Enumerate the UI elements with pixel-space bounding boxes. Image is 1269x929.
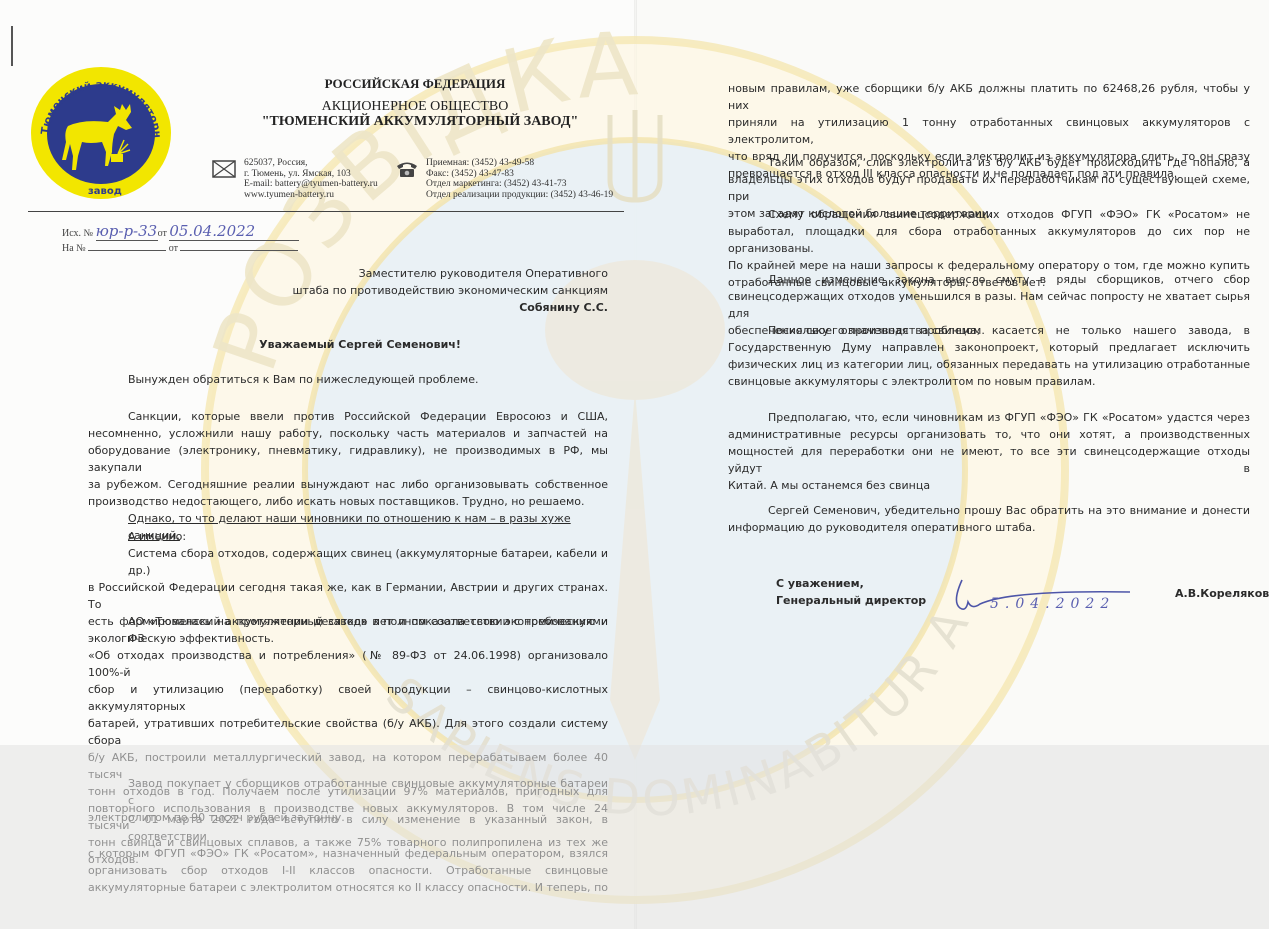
signature-date: 5.04.2022 [990, 596, 1115, 612]
envelope-icon [212, 160, 236, 178]
letterhead-divider [28, 211, 624, 212]
incoming-reference: На № от [62, 240, 298, 254]
outgoing-number: юр-р-33 [96, 222, 158, 241]
contact-phones: Приемная: (3452) 43-49-58 Факс: (3452) 4… [426, 158, 613, 200]
svg-text:завод: завод [88, 186, 122, 197]
paragraph-forecast: Предполагаю, что, если чиновникам из ФГУ… [728, 409, 1250, 494]
telephone-icon [396, 160, 418, 178]
paragraph-bill: Поскольку означенная проблема, касается … [728, 322, 1250, 390]
letterhead-company-type: АКЦИОНЕРНОЕ ОБЩЕСТВО [290, 99, 540, 115]
paragraph-intro: Вынужден обратиться к Вам по нижеследующ… [128, 371, 608, 388]
addressee-block: Заместителю руководителя Оперативного шт… [250, 265, 608, 316]
letterhead-company-name: "ТЮМЕНСКИЙ АККУМУЛЯТОРНЫЙ ЗАВОД" [240, 114, 600, 130]
bottom-overlay [0, 745, 1269, 929]
outgoing-reference: Исх. № юр-р-33от 05.04.2022 [62, 222, 299, 241]
signer-name: А.В.Кореляков [1175, 585, 1269, 602]
greeting: Уважаемый Сергей Семенович! [100, 336, 620, 353]
contact-address: 625037, Россия, г. Тюмень, ул. Ямская, 1… [244, 158, 378, 200]
closing-block: С уважением, Генеральный директор [776, 575, 976, 609]
outgoing-date: 05.04.2022 [169, 222, 299, 241]
letterhead-country: РОССИЙСКАЯ ФЕДЕРАЦИЯ [290, 76, 540, 92]
company-logo-icon: Тюменский аккумуляторный завод [28, 64, 174, 202]
paragraph-request: Сергей Семенович, убедительно прошу Вас … [728, 502, 1250, 536]
scan-mark [11, 26, 13, 66]
paragraph-sanctions: Санкции, которые ввели против Российской… [88, 408, 608, 544]
